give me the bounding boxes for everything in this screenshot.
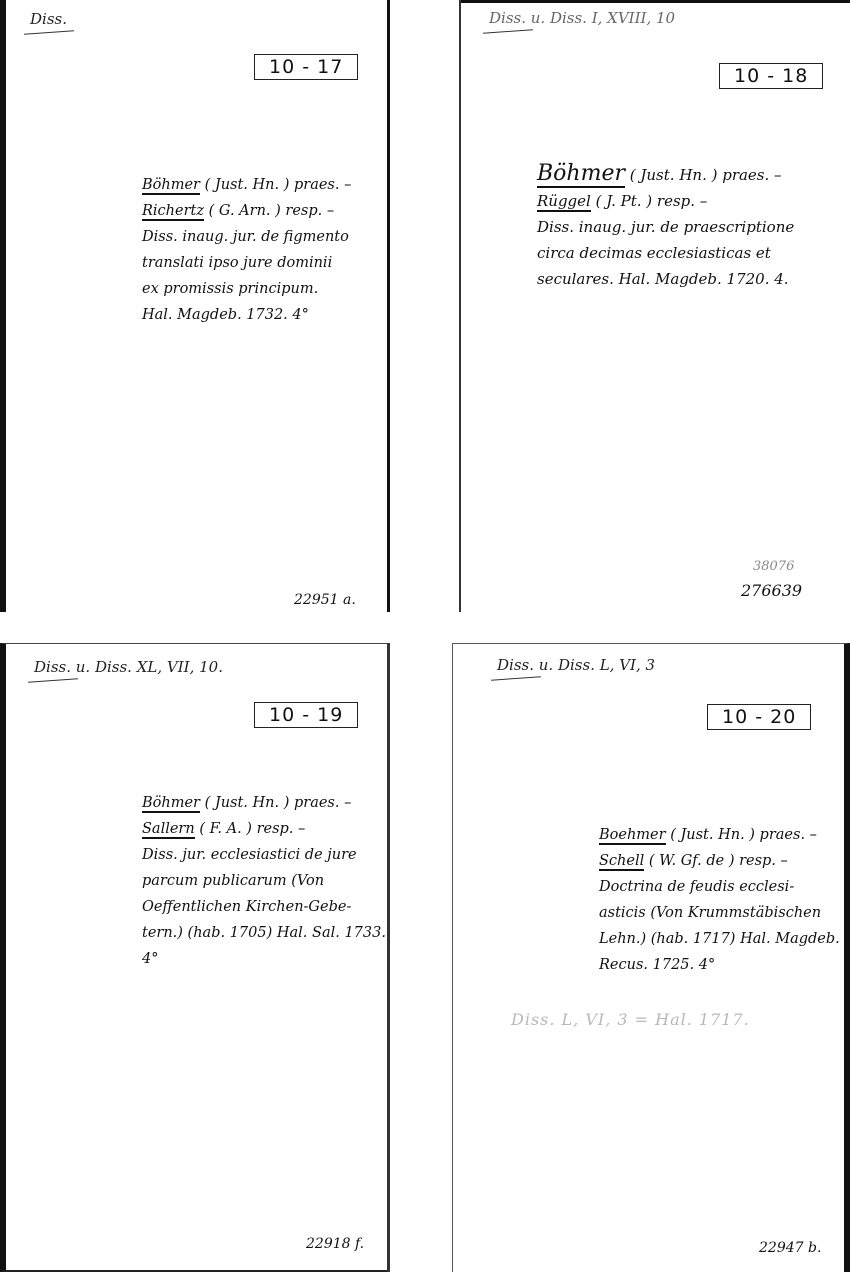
pencil-note: Diss. L, VI, 3 = Hal. 1717. (511, 1010, 750, 1029)
title-line: translati ipso jure dominii (142, 250, 351, 276)
card-entry: Boehmer ( Just. Hn. ) praes. – Schell ( … (599, 822, 840, 978)
imprint-line: Recus. 1725. 4° (599, 952, 840, 978)
old-accession-number: 38076 (753, 559, 794, 574)
praeses-line: Böhmer ( Just. Hn. ) praes. – (142, 790, 386, 816)
title-line: Diss. jur. ecclesiastici de jure (142, 842, 386, 868)
praeses-detail: ( Just. Hn. ) praes. – (205, 795, 352, 811)
card-entry: Böhmer ( Just. Hn. ) praes. – Rüggel ( J… (537, 161, 794, 292)
title-line: Doctrina de feudis ecclesi- (599, 874, 840, 900)
respondent-detail: ( W. Gf. de ) resp. – (649, 853, 788, 869)
call-number: 10 - 18 (719, 63, 823, 89)
shelf-note: Diss. (30, 10, 67, 28)
title-line: ex promissis principum. (142, 276, 351, 302)
praeses-name: Böhmer (142, 795, 200, 813)
respondent-name: Sallern (142, 821, 195, 839)
card-entry: Böhmer ( Just. Hn. ) praes. – Richertz (… (142, 172, 351, 328)
accession-number: 276639 (741, 581, 802, 600)
praeses-detail: ( Just. Hn. ) praes. – (670, 827, 817, 843)
title-line: Diss. inaug. jur. de figmento (142, 224, 351, 250)
catalog-card-10-20: Diss. u. Diss. L, VI, 3 10 - 20 Boehmer … (452, 643, 850, 1272)
card-edge (459, 0, 461, 612)
call-number: 10 - 20 (707, 704, 811, 730)
accession-number: 22951 a. (294, 592, 356, 608)
accession-number: 22918 f. (306, 1236, 364, 1252)
praeses-line: Boehmer ( Just. Hn. ) praes. – (599, 822, 840, 848)
title-line: Oeffentlichen Kirchen-Gebe- (142, 894, 386, 920)
title-line: Lehn.) (hab. 1717) Hal. Magdeb. (599, 926, 840, 952)
catalog-card-10-17: Diss. 10 - 17 Böhmer ( Just. Hn. ) praes… (0, 0, 389, 612)
respondent-line: Rüggel ( J. Pt. ) resp. – (537, 188, 794, 214)
respondent-line: Schell ( W. Gf. de ) resp. – (599, 848, 840, 874)
call-number: 10 - 19 (254, 702, 358, 728)
praeses-detail: ( Just. Hn. ) praes. – (630, 166, 782, 184)
praeses-name: Böhmer (537, 161, 625, 188)
imprint-line: seculares. Hal. Magdeb. 1720. 4. (537, 266, 794, 292)
title-line: parcum publicarum (Von (142, 868, 386, 894)
respondent-detail: ( J. Pt. ) resp. – (596, 192, 708, 210)
title-line: Diss. inaug. jur. de praescriptione (537, 214, 794, 240)
respondent-detail: ( F. A. ) resp. – (199, 821, 305, 837)
praeses-line: Böhmer ( Just. Hn. ) praes. – (142, 172, 351, 198)
respondent-line: Richertz ( G. Arn. ) resp. – (142, 198, 351, 224)
catalog-card-10-18: Diss. u. Diss. I, XVIII, 10 10 - 18 Böhm… (460, 0, 850, 612)
shelf-note: Diss. u. Diss. XL, VII, 10. (34, 658, 223, 676)
respondent-detail: ( G. Arn. ) resp. – (209, 203, 334, 219)
accession-number: 22947 b. (759, 1240, 821, 1256)
call-number: 10 - 17 (254, 54, 358, 80)
card-edge (387, 0, 390, 612)
shelf-note: Diss. u. Diss. I, XVIII, 10 (489, 9, 675, 27)
praeses-line: Böhmer ( Just. Hn. ) praes. – (537, 161, 794, 188)
respondent-name: Schell (599, 853, 644, 871)
catalog-card-10-19: Diss. u. Diss. XL, VII, 10. 10 - 19 Böhm… (0, 643, 389, 1272)
title-line: asticis (Von Krummstäbischen (599, 900, 840, 926)
praeses-name: Böhmer (142, 177, 200, 195)
title-line: circa decimas ecclesiasticas et (537, 240, 794, 266)
praeses-name: Boehmer (599, 827, 666, 845)
format-line: 4° (142, 946, 386, 972)
respondent-name: Rüggel (537, 192, 591, 212)
respondent-name: Richertz (142, 203, 204, 221)
respondent-line: Sallern ( F. A. ) resp. – (142, 816, 386, 842)
praeses-detail: ( Just. Hn. ) praes. – (205, 177, 352, 193)
imprint-line: tern.) (hab. 1705) Hal. Sal. 1733. (142, 920, 386, 946)
shelf-note: Diss. u. Diss. L, VI, 3 (497, 656, 655, 674)
card-entry: Böhmer ( Just. Hn. ) praes. – Sallern ( … (142, 790, 386, 972)
card-edge (387, 643, 390, 1272)
imprint-line: Hal. Magdeb. 1732. 4° (142, 302, 351, 328)
